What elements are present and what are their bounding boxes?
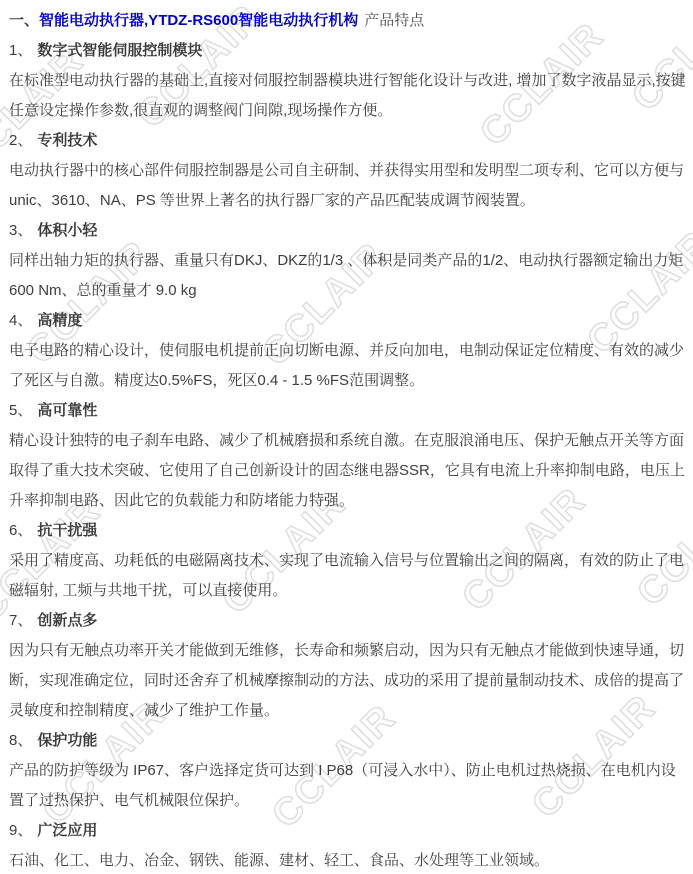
page-title: 一、智能电动执行器,YTDZ-RS600智能电动执行机构产品特点 (9, 6, 689, 36)
section-6-number: 6、 (9, 522, 32, 539)
section-8-title: 保护功能 (37, 732, 97, 749)
section-9-heading: 9、广泛应用 (9, 816, 689, 846)
section-2-number: 2、 (9, 132, 32, 149)
section-8-heading: 8、保护功能 (9, 726, 689, 756)
section-1-number: 1、 (9, 42, 32, 59)
section-5-body: 精心设计独特的电子刹车电路、减少了机械磨损和系统自激。在克服浪涌电压、保护无触点… (9, 426, 689, 516)
document-page: CCLAIRCCLAIRCCLAIRCCLAIRCCLAIRCCLAIRCCLA… (0, 0, 693, 874)
section-2-body: 电动执行器中的核心部件伺服控制器是公司自主研制、并获得实用型和发明型二项专利、它… (9, 156, 689, 216)
section-1-body: 在标准型电动执行器的基础上,直接对伺服控制器模块进行智能化设计与改进, 增加了数… (9, 66, 689, 126)
section-7-body: 因为只有无触点功率开关才能做到无维修，长寿命和频繁启动，因为只有无触点才能做到快… (9, 636, 689, 726)
section-3-title: 体积小轻 (37, 222, 97, 239)
title-number: 一、 (9, 12, 39, 29)
section-4-title: 高精度 (37, 312, 82, 329)
section-9-number: 9、 (9, 822, 32, 839)
section-5-title: 高可靠性 (37, 402, 97, 419)
section-3-number: 3、 (9, 222, 32, 239)
section-4-number: 4、 (9, 312, 32, 329)
section-4-body: 电子电路的精心设计，使伺服电机提前正向切断电源、并反向加电，电制动保证定位精度、… (9, 336, 689, 396)
section-6-title: 抗干扰强 (37, 522, 97, 539)
document-content: 一、智能电动执行器,YTDZ-RS600智能电动执行机构产品特点 1、数字式智能… (0, 0, 693, 874)
section-2-title: 专利技术 (37, 132, 97, 149)
section-7-title: 创新点多 (37, 612, 97, 629)
section-3-body: 同样出轴力矩的执行器、重量只有DKJ、DKZ的1/3 、体积是同类产品的1/2、… (9, 246, 689, 306)
section-9-title: 广泛应用 (37, 822, 97, 839)
section-1-heading: 1、数字式智能伺服控制模块 (9, 36, 689, 66)
section-8-body: 产品的防护等级为 IP67、客户选择定货可达到 I P68（可浸入水中）、防止电… (9, 756, 689, 816)
title-suffix: 产品特点 (364, 12, 424, 29)
section-6-body: 采用了精度高、功耗低的电磁隔离技术、实现了电流输入信号与位置输出之间的隔离，有效… (9, 546, 689, 606)
title-product-name: 智能电动执行器,YTDZ-RS600智能电动执行机构 (39, 12, 358, 29)
section-9-body: 石油、化工、电力、冶金、钢铁、能源、建材、轻工、食品、水处理等工业领域。 (9, 846, 689, 874)
section-1-title: 数字式智能伺服控制模块 (37, 42, 202, 59)
section-5-heading: 5、高可靠性 (9, 396, 689, 426)
section-5-number: 5、 (9, 402, 32, 419)
section-3-heading: 3、体积小轻 (9, 216, 689, 246)
section-7-heading: 7、创新点多 (9, 606, 689, 636)
section-7-number: 7、 (9, 612, 32, 629)
section-4-heading: 4、高精度 (9, 306, 689, 336)
section-2-heading: 2、专利技术 (9, 126, 689, 156)
section-8-number: 8、 (9, 732, 32, 749)
section-6-heading: 6、抗干扰强 (9, 516, 689, 546)
